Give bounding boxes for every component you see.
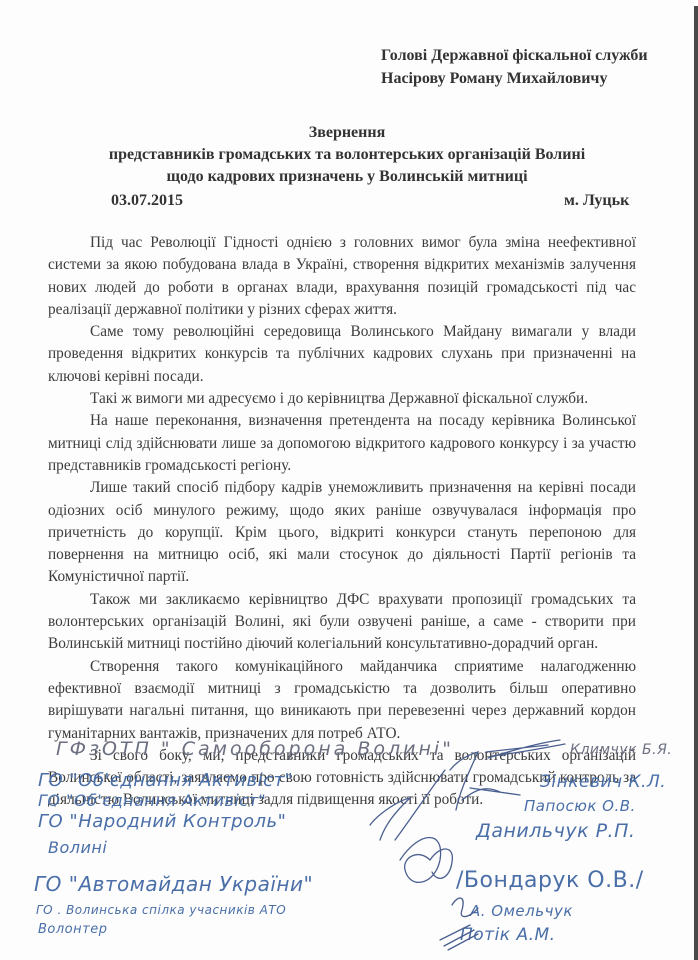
- signature-scribbles-icon: [0, 0, 698, 960]
- letter-page: Голові Державної фіскальної служби Насір…: [0, 0, 694, 960]
- scan-edge-border: [694, 6, 698, 960]
